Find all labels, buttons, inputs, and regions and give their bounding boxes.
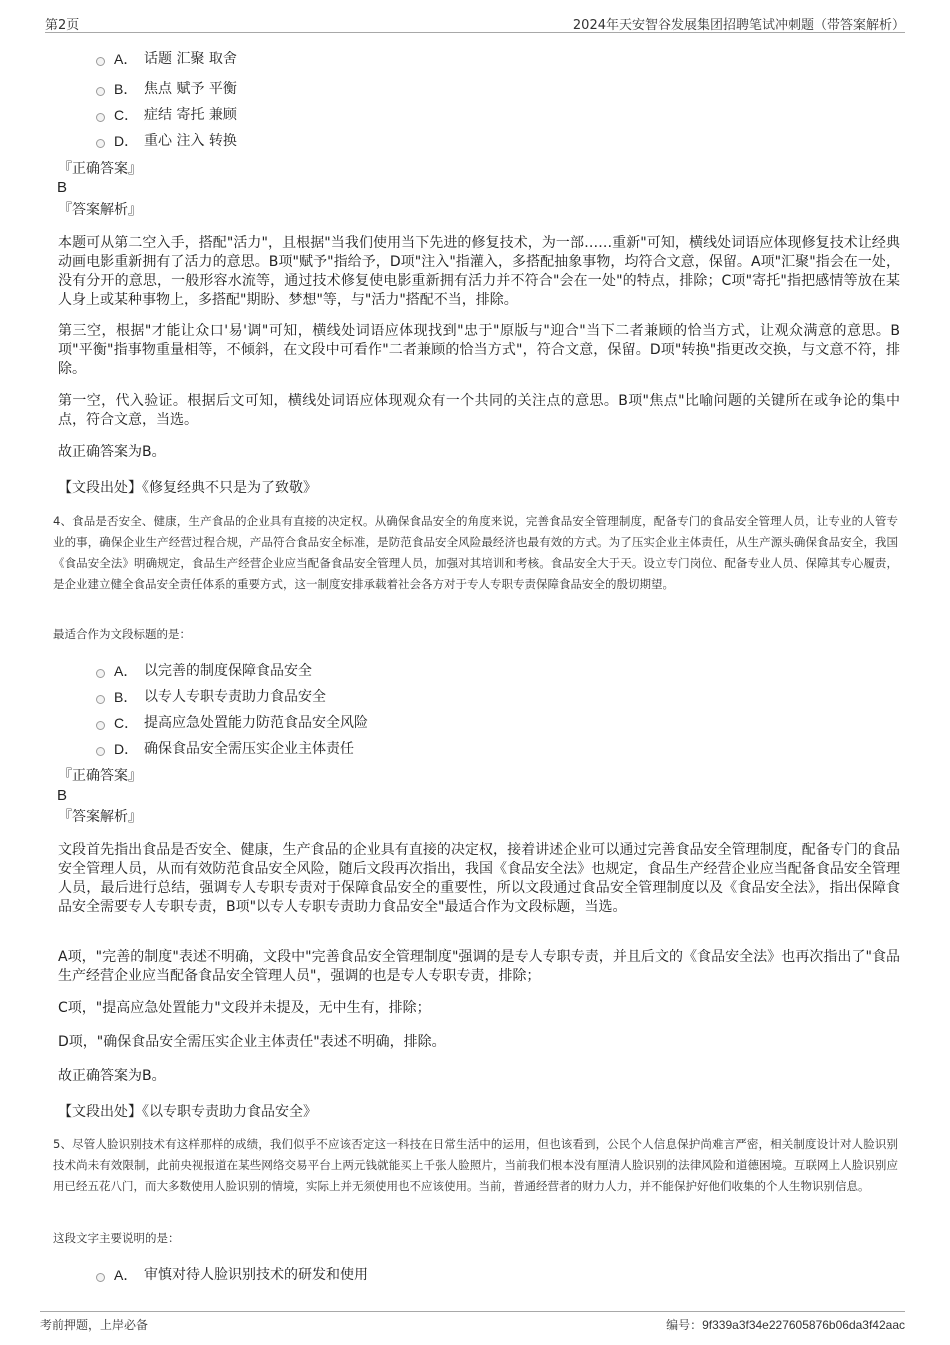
q3-analysis-label: 『答案解析』	[58, 201, 142, 219]
q4-prompt: 最适合作为文段标题的是：	[53, 626, 191, 642]
document-id-value: 9f339a3f34e227605876b06da3f42aac	[702, 1318, 905, 1332]
page-number: 第2页	[45, 14, 79, 33]
radio-icon[interactable]	[96, 113, 105, 122]
q5-stem: 5、尽管人脸识别技术有这样那样的成绩，我们似乎不应该否定这一科技在日常生活中的运…	[53, 1134, 898, 1197]
q4-analysis-conclusion: 故正确答案为B。	[58, 1067, 900, 1086]
q3-analysis-paragraph: 第一空，代入验证。根据后文可知，横线处词语应体现观众有一个共同的关注点的意思。B…	[58, 392, 900, 430]
q4-option-a[interactable]: A． 以完善的制度保障食品安全	[96, 662, 312, 680]
radio-icon[interactable]	[96, 669, 105, 678]
page-header: 第2页 2024年天安智谷发展集团招聘笔试冲刺题（带答案解析）	[45, 12, 905, 33]
page-footer: 考前押题，上岸必备 编号：9f339a3f34e227605876b06da3f…	[40, 1311, 905, 1334]
radio-icon[interactable]	[96, 747, 105, 756]
document-id: 编号：9f339a3f34e227605876b06da3f42aac	[666, 1316, 905, 1333]
document-title: 2024年天安智谷发展集团招聘笔试冲刺题（带答案解析）	[573, 14, 905, 33]
q3-analysis-conclusion: 故正确答案为B。	[58, 443, 900, 462]
q4-analysis-paragraph: 文段首先指出食品是否安全、健康，生产食品的企业具有直接的决定权，接着讲述企业可以…	[58, 841, 900, 917]
q4-analysis-paragraph: D项，"确保食品安全需压实企业主体责任"表述不明确，排除。	[58, 1033, 900, 1052]
q3-source: 【文段出处】《修复经典不只是为了致敬》	[58, 477, 317, 497]
q4-option-c[interactable]: C． 提高应急处置能力防范食品安全风险	[96, 714, 368, 732]
q4-stem: 4、食品是否安全、健康，生产食品的企业具有直接的决定权。从确保食品安全的角度来说…	[53, 511, 898, 595]
radio-icon[interactable]	[96, 721, 105, 730]
q3-option-c[interactable]: C． 症结 寄托 兼顾	[96, 106, 237, 124]
q4-option-d[interactable]: D． 确保食品安全需压实企业主体责任	[96, 740, 354, 758]
q3-option-d[interactable]: D． 重心 注入 转换	[96, 132, 237, 150]
q4-answer-label: 『正确答案』	[58, 767, 142, 785]
q3-answer-label: 『正确答案』	[58, 160, 142, 178]
radio-icon[interactable]	[96, 87, 105, 96]
radio-icon[interactable]	[96, 695, 105, 704]
q4-answer: B	[57, 787, 67, 804]
q4-option-b[interactable]: B． 以专人专职专责助力食品安全	[96, 688, 326, 706]
document-id-label: 编号：	[666, 1318, 702, 1332]
q4-analysis-label: 『答案解析』	[58, 808, 142, 826]
q3-option-a[interactable]: A． 话题 汇聚 取舍	[96, 50, 237, 68]
footer-slogan: 考前押题，上岸必备	[40, 1316, 148, 1333]
radio-icon[interactable]	[96, 1273, 105, 1282]
q5-prompt: 这段文字主要说明的是：	[53, 1230, 180, 1246]
q3-option-b[interactable]: B． 焦点 赋予 平衡	[96, 80, 237, 98]
q4-analysis-paragraph: A项，"完善的制度"表述不明确，文段中"完善食品安全管理制度"强调的是专人专职专…	[58, 948, 900, 986]
q3-analysis-paragraph: 本题可从第二空入手，搭配"活力"，且根据"当我们使用当下先进的修复技术，为一部……	[58, 234, 900, 310]
q4-analysis-paragraph: C项，"提高应急处置能力"文段并未提及，无中生有，排除；	[58, 999, 900, 1018]
radio-icon[interactable]	[96, 57, 105, 66]
q5-option-a[interactable]: A． 审慎对待人脸识别技术的研发和使用	[96, 1266, 368, 1284]
q4-source: 【文段出处】《以专职专责助力食品安全》	[58, 1101, 317, 1121]
radio-icon[interactable]	[96, 139, 105, 148]
q3-analysis-paragraph: 第三空，根据"才能让众口'易'调"可知，横线处词语应体现找到"忠于"原版与"迎合…	[58, 322, 900, 379]
q3-answer: B	[57, 179, 67, 196]
